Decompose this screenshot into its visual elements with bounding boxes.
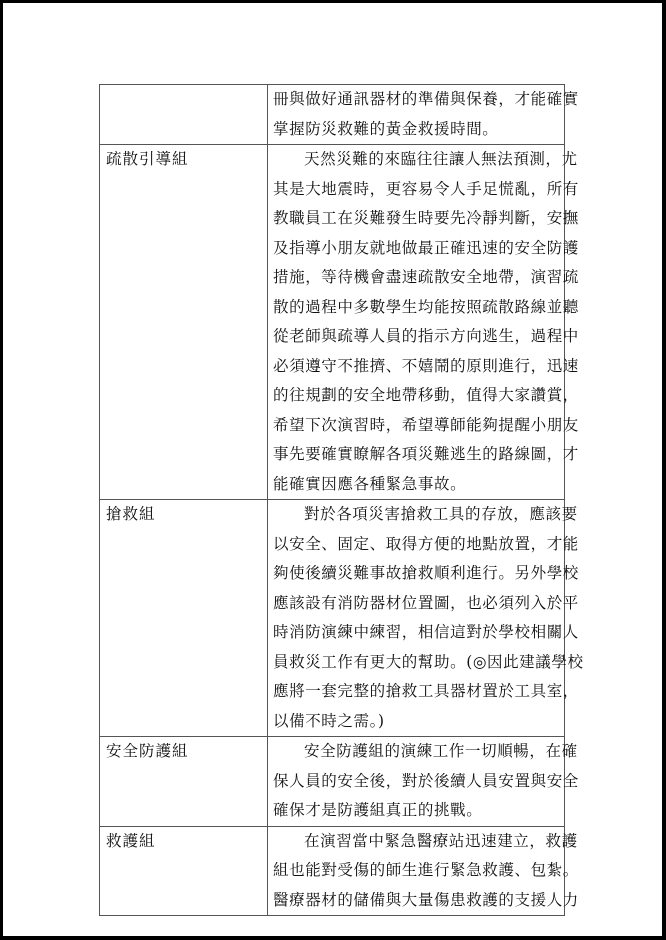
table-row-continuation: 冊與做好通訊器材的準備與保養，才能確實 掌握防災救難的黃金救援時間。	[100, 85, 565, 145]
content-cell: 在演習當中緊急醫療站迅速建立，救護 組也能對受傷的師生進行緊急救護、包紮。 醫療…	[268, 826, 565, 916]
table-row-evacuation-guidance: 疏散引導組 天然災難的來臨往往讓人無法預測，尤 其是大地震時，更容易令人手足慌亂…	[100, 145, 565, 500]
text-line: 及指導小朋友就地做最正確迅速的安全防護	[273, 234, 560, 264]
content-cell: 對於各項災害搶救工具的存放，應該要 以安全、固定、取得方便的地點放置，才能 夠使…	[268, 500, 565, 737]
text-line: 措施，等待機會盡速疏散安全地帶，演習疏	[273, 263, 560, 293]
text-line: 其是大地震時，更容易令人手足慌亂，所有	[273, 175, 560, 205]
group-name-cell: 救護組	[100, 826, 268, 916]
table-row-rescue: 搶救組 對於各項災害搶救工具的存放，應該要 以安全、固定、取得方便的地點放置，才…	[100, 500, 565, 737]
group-name: 救護組	[106, 832, 156, 850]
evaluation-table: 冊與做好通訊器材的準備與保養，才能確實 掌握防災救難的黃金救援時間。 疏散引導組…	[99, 84, 565, 916]
content-cell: 天然災難的來臨往往讓人無法預測，尤 其是大地震時，更容易令人手足慌亂，所有 教職…	[268, 145, 565, 500]
text-line: 天然災難的來臨往往讓人無法預測，尤	[273, 145, 560, 175]
content-paragraph: 安全防護組的演練工作一切順暢，在確 保人員的安全後，對於後續人員安置與安全 確保…	[273, 737, 560, 826]
group-name-cell	[100, 85, 268, 145]
text-line: 掌握防災救難的黃金救援時間。	[273, 115, 560, 145]
text-line: 冊與做好通訊器材的準備與保養，才能確實	[273, 85, 560, 115]
text-line: 的往規劃的安全地帶移動，值得大家讚賞，	[273, 381, 560, 411]
group-name: 疏散引導組	[106, 150, 189, 168]
group-name-cell: 安全防護組	[100, 737, 268, 827]
text-line: 事先要確實瞭解各項災難逃生的路線圖，才	[273, 440, 560, 470]
content-cell: 冊與做好通訊器材的準備與保養，才能確實 掌握防災救難的黃金救援時間。	[268, 85, 565, 145]
text-line: 夠使後續災難事故搶救順利進行。另外學校	[273, 559, 560, 589]
text-line: 時消防演練中練習，相信這對於學校相關人	[273, 618, 560, 648]
table-row-safety-protection: 安全防護組 安全防護組的演練工作一切順暢，在確 保人員的安全後，對於後續人員安置…	[100, 737, 565, 827]
text-line: 必須遵守不推擠、不嬉鬧的原則進行，迅速	[273, 352, 560, 382]
text-line: 醫療器材的儲備與大量傷患救護的支援人力	[273, 886, 560, 916]
group-name: 安全防護組	[106, 742, 189, 760]
text-line: 員救災工作有更大的幫助。(◎因此建議學校	[273, 648, 560, 678]
content-paragraph: 對於各項災害搶救工具的存放，應該要 以安全、固定、取得方便的地點放置，才能 夠使…	[273, 500, 560, 736]
text-line: 應該設有消防器材位置圖，也必須列入於平	[273, 589, 560, 619]
content-paragraph: 在演習當中緊急醫療站迅速建立，救護 組也能對受傷的師生進行緊急救護、包紮。 醫療…	[273, 827, 560, 916]
text-line: 組也能對受傷的師生進行緊急救護、包紮。	[273, 856, 560, 886]
group-name: 搶救組	[106, 505, 156, 523]
text-line: 應將一套完整的搶救工具器材置於工具室，	[273, 677, 560, 707]
text-line: 對於各項災害搶救工具的存放，應該要	[273, 500, 560, 530]
group-name-cell: 搶救組	[100, 500, 268, 737]
text-line: 希望下次演習時，希望導師能夠提醒小朋友	[273, 411, 560, 441]
document-page: 冊與做好通訊器材的準備與保養，才能確實 掌握防災救難的黃金救援時間。 疏散引導組…	[0, 0, 666, 940]
group-name-cell: 疏散引導組	[100, 145, 268, 500]
text-line: 安全防護組的演練工作一切順暢，在確	[273, 737, 560, 767]
text-line: 從老師與疏導人員的指示方向逃生，過程中	[273, 322, 560, 352]
text-line: 以安全、固定、取得方便的地點放置，才能	[273, 530, 560, 560]
text-line: 保人員的安全後，對於後續人員安置與安全	[273, 767, 560, 797]
table-row-first-aid: 救護組 在演習當中緊急醫療站迅速建立，救護 組也能對受傷的師生進行緊急救護、包紮…	[100, 826, 565, 916]
text-line: 教職員工在災難發生時要先冷靜判斷，安撫	[273, 204, 560, 234]
text-line: 確保才是防護組真正的挑戰。	[273, 796, 560, 826]
text-line: 在演習當中緊急醫療站迅速建立，救護	[273, 827, 560, 857]
content-paragraph: 天然災難的來臨往往讓人無法預測，尤 其是大地震時，更容易令人手足慌亂，所有 教職…	[273, 145, 560, 499]
text-line: 能確實因應各種緊急事故。	[273, 470, 560, 500]
text-line: 散的過程中多數學生均能按照疏散路線並聽	[273, 293, 560, 323]
text-line: 以備不時之需。)	[273, 707, 560, 737]
content-paragraph: 冊與做好通訊器材的準備與保養，才能確實 掌握防災救難的黃金救援時間。	[273, 85, 560, 144]
content-cell: 安全防護組的演練工作一切順暢，在確 保人員的安全後，對於後續人員安置與安全 確保…	[268, 737, 565, 827]
